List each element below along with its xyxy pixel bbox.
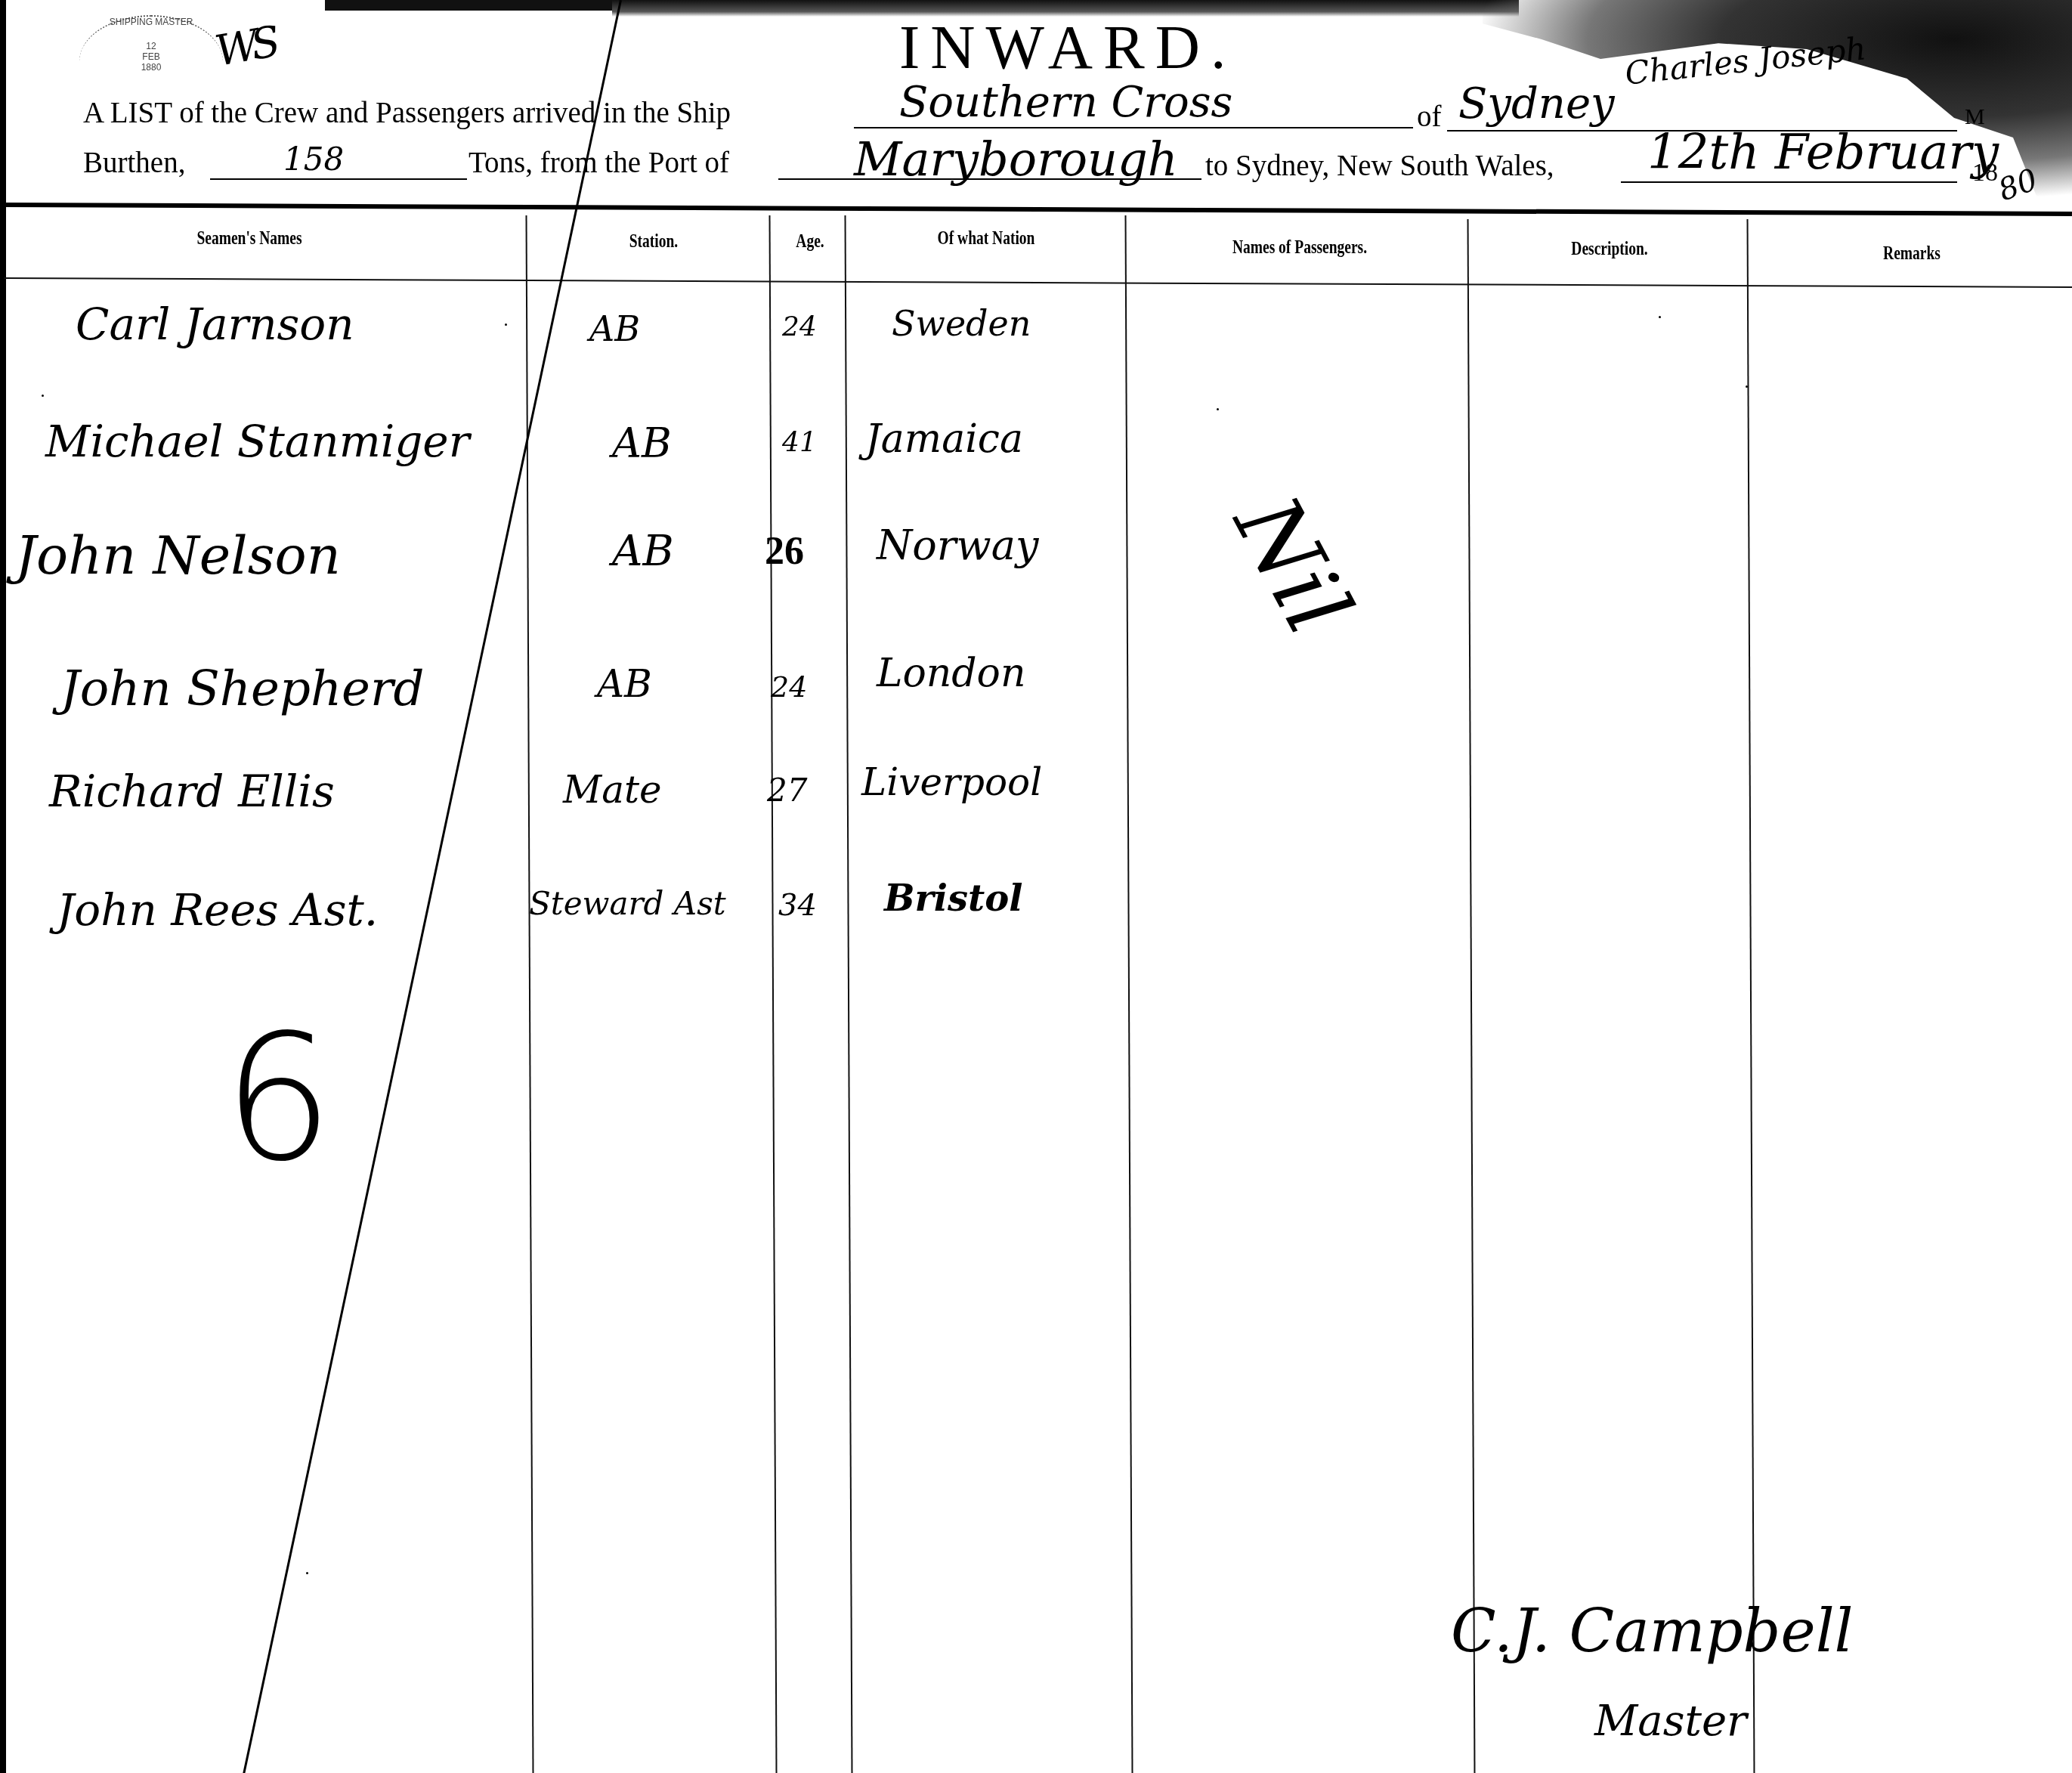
of-label: of <box>1417 102 1442 132</box>
passengers-nil-mark: Nil <box>1220 484 1364 648</box>
row-3-nation: Norway <box>877 525 1039 566</box>
row-2-seaman-name: Michael Stanmiger <box>45 419 469 463</box>
year-prefix: 18 <box>1972 160 1998 186</box>
row-4-nation: London <box>877 654 1025 693</box>
col-divider-2 <box>769 215 778 1773</box>
row-4-seaman-name: John Shepherd <box>60 665 425 713</box>
row-4-station: AB <box>597 665 652 703</box>
shipping-master-stamp: SHIPPING MASTER 12 FEB 1880 <box>79 15 223 107</box>
stamp-text: SHIPPING MASTER <box>79 17 223 27</box>
row-5-seaman-name: Richard Ellis <box>49 769 335 813</box>
handwritten-initials: WS <box>212 18 277 76</box>
row-1-age: 24 <box>782 314 817 341</box>
tons-underline <box>210 178 467 180</box>
crew-count-total: 6 <box>223 1013 333 1187</box>
scan-edge-left <box>0 0 6 1773</box>
destination-label: to Sydney, New South Wales, <box>1205 151 1554 181</box>
master-role-label: Master <box>1594 1700 1747 1743</box>
col-divider-4 <box>1125 215 1133 1773</box>
home-port-field: Sydney <box>1458 83 1615 125</box>
row-1-station: AB <box>589 311 640 346</box>
column-header-seamen-names: Seamen's Names <box>114 228 385 249</box>
row-3-seaman-name: John Nelson <box>15 529 341 582</box>
column-header-age: Age. <box>782 231 839 252</box>
column-header-nation: Of what Nation <box>883 228 1090 249</box>
scan-speck <box>505 323 507 326</box>
column-header-passengers: Names of Passengers. <box>1170 237 1429 258</box>
header-bottom-rule <box>4 277 2072 288</box>
row-6-seaman-name: John Rees Ast. <box>57 888 378 932</box>
scan-speck <box>1659 316 1661 318</box>
column-header-description: Description. <box>1504 239 1716 260</box>
row-3-station: AB <box>612 531 674 573</box>
row-4-age: 24 <box>771 673 807 701</box>
burthen-label: Burthen, <box>83 148 185 178</box>
row-5-nation: Liverpool <box>861 763 1042 801</box>
col-divider-1 <box>526 215 534 1773</box>
date-field: 12th February <box>1647 128 1999 177</box>
col-divider-3 <box>845 215 853 1773</box>
ship-name-field: Southern Cross <box>899 82 1232 124</box>
row-5-age: 27 <box>767 775 807 806</box>
from-port-field: Maryborough <box>854 136 1178 183</box>
row-2-nation: Jamaica <box>865 419 1023 459</box>
ship-name-underline <box>854 127 1413 128</box>
row-6-nation: Bristol <box>884 880 1023 917</box>
row-2-age: 41 <box>782 429 817 456</box>
tons-from-port-label: Tons, from the Port of <box>469 148 729 178</box>
row-3-age: 26 <box>765 529 804 574</box>
stamp-month: FEB <box>79 51 223 62</box>
scan-speck <box>1746 385 1748 388</box>
tons-value: 158 <box>283 144 344 175</box>
row-1-nation: Sweden <box>892 306 1031 341</box>
scan-speck <box>306 1572 308 1574</box>
date-underline <box>1621 181 1957 183</box>
table-top-rule <box>0 203 2072 216</box>
scan-speck <box>42 395 44 397</box>
master-signature: C.J. Campbell <box>1451 1602 1854 1661</box>
row-1-seaman-name: Carl Jarnson <box>76 302 354 346</box>
column-header-remarks: Remarks <box>1788 243 2036 265</box>
scan-edge-top <box>325 0 612 11</box>
row-5-station: Mate <box>563 771 662 809</box>
list-intro-label: A LIST of the Crew and Passengers arrive… <box>83 98 731 128</box>
row-6-age: 34 <box>778 890 817 921</box>
col-divider-6 <box>1747 219 1755 1773</box>
stamp-day: 12 <box>79 41 223 51</box>
stamp-year: 1880 <box>79 62 223 73</box>
row-2-station: AB <box>612 423 672 464</box>
row-6-station: Steward Ast <box>529 888 726 920</box>
col-divider-5 <box>1467 219 1476 1773</box>
page-title: INWARD. <box>899 17 1236 79</box>
scan-speck <box>1217 408 1219 410</box>
column-header-station: Station. <box>568 231 739 252</box>
